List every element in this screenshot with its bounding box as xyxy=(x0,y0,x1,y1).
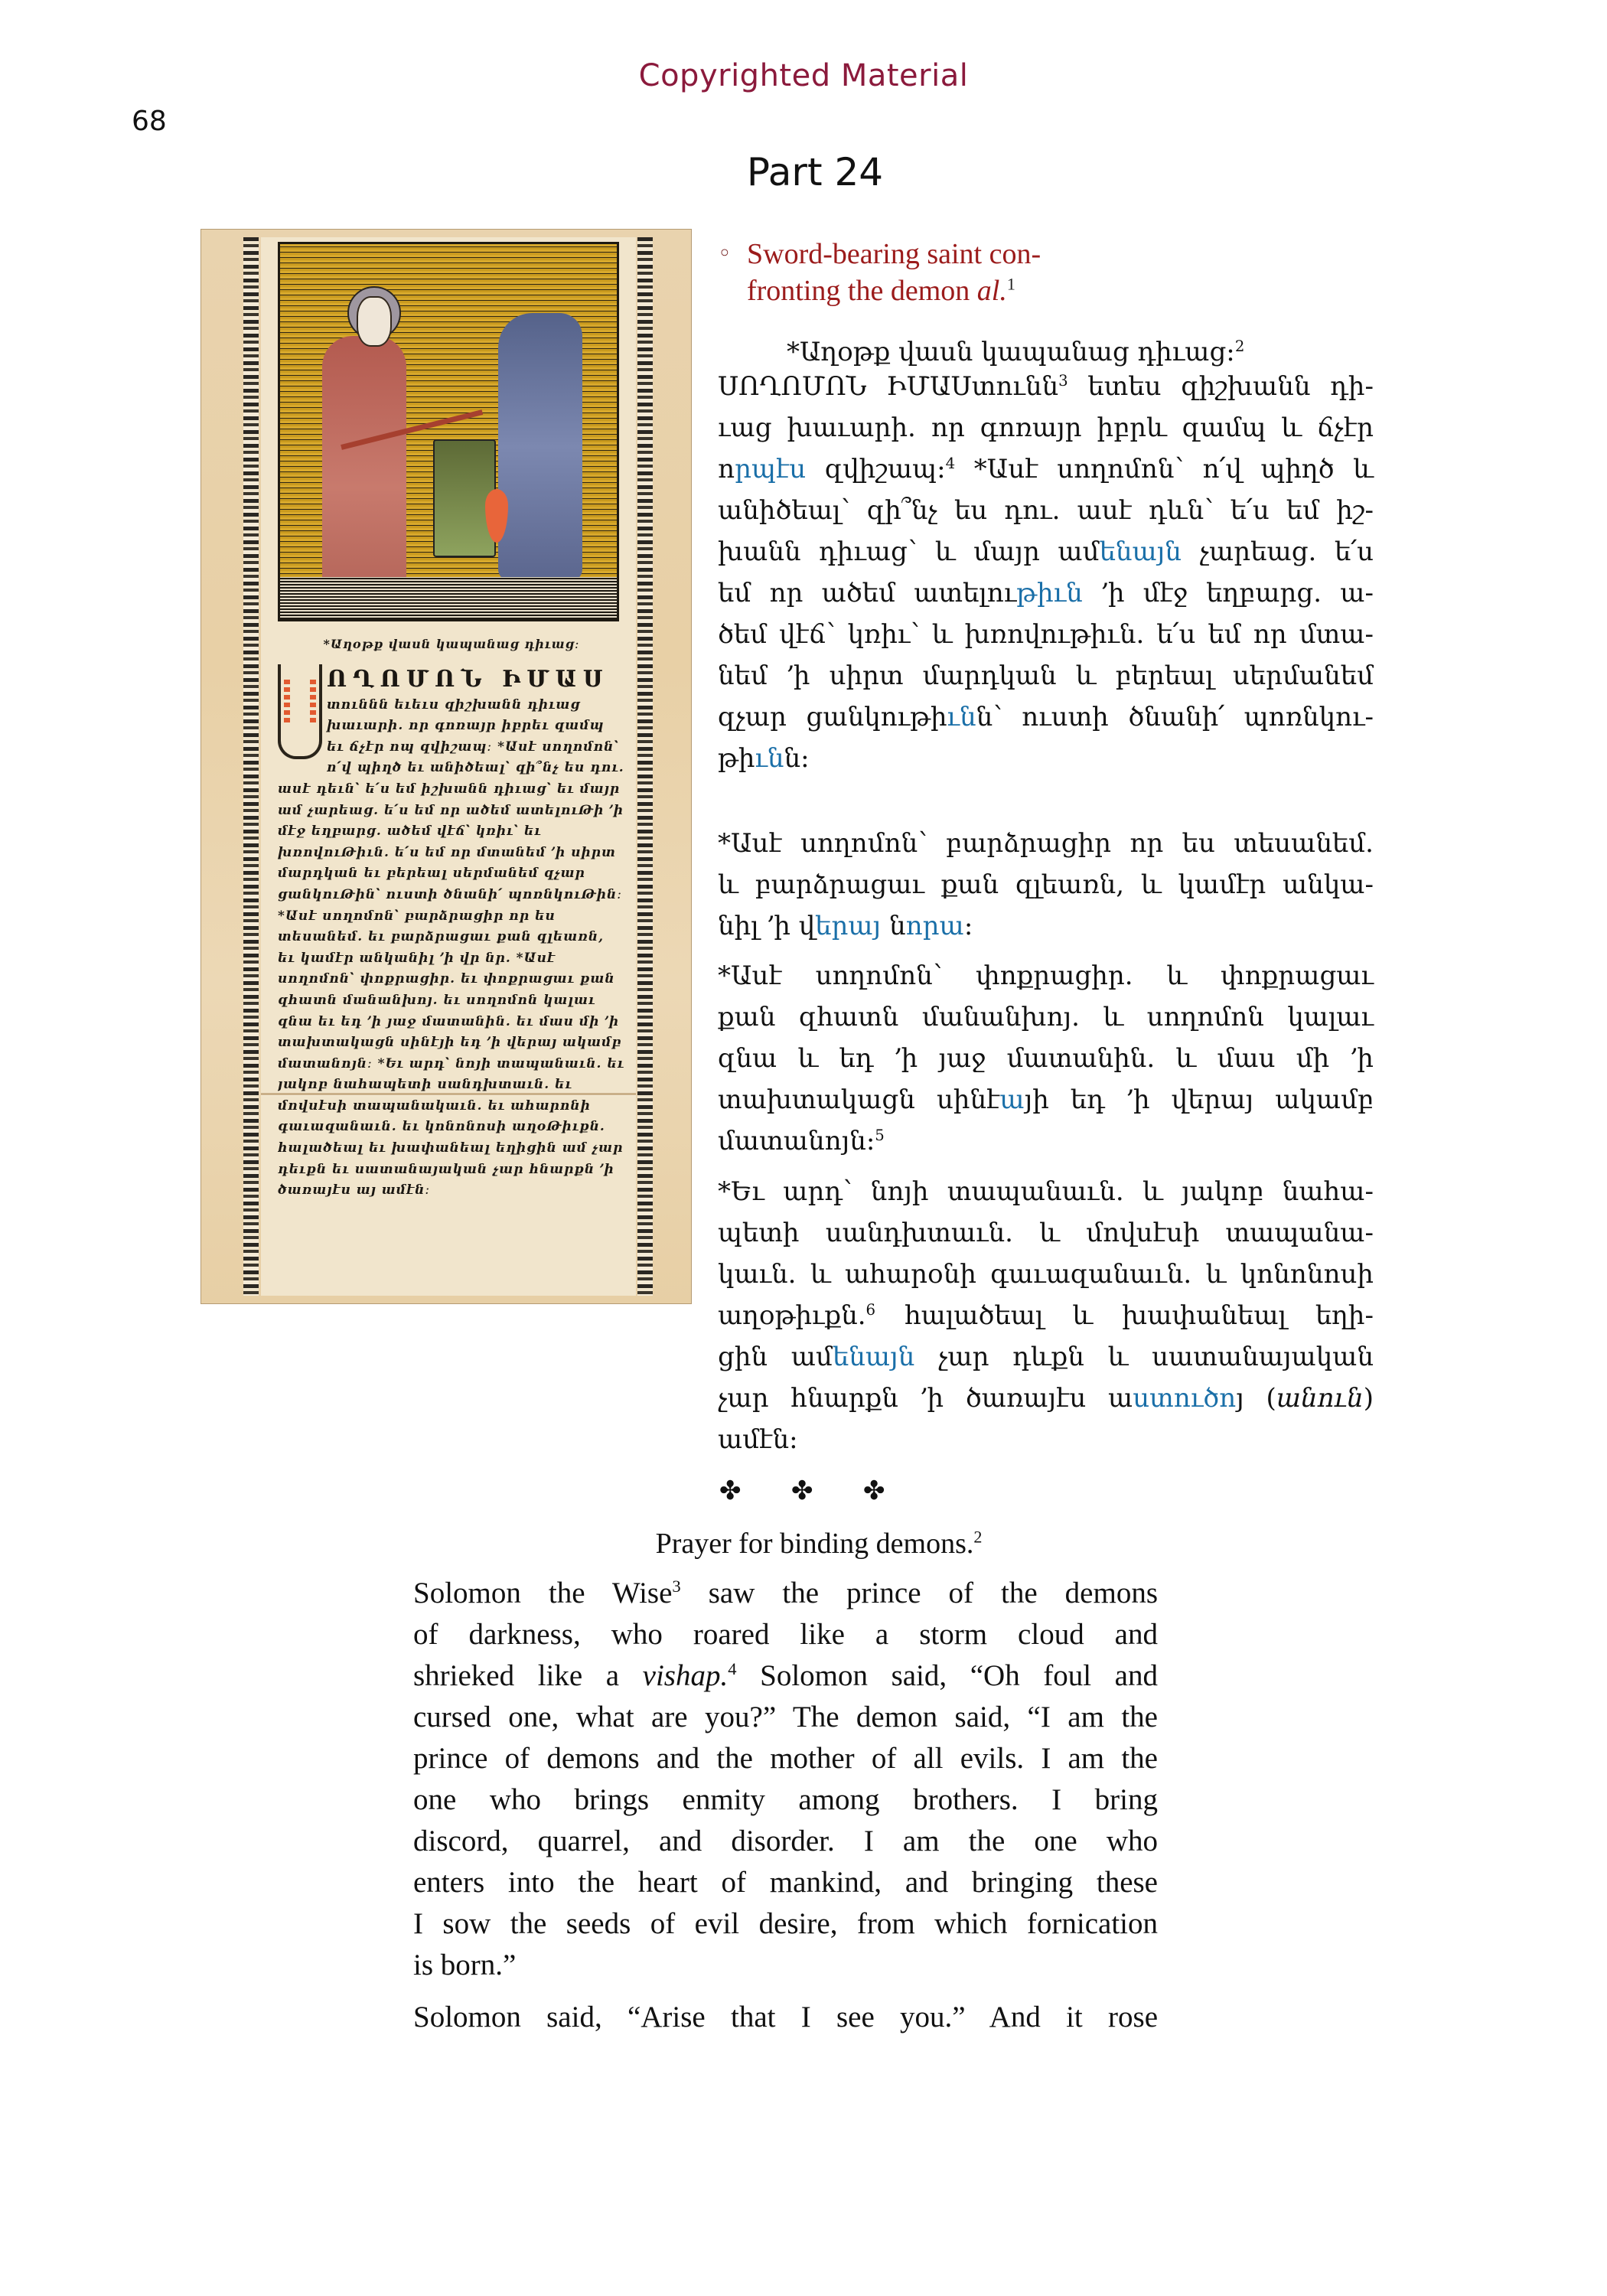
text-segment: Solomon said, “Oh foul and xyxy=(737,1659,1158,1692)
armenian-title: *Աղօթք վասն կապանաց դիւաց։2 xyxy=(787,337,1244,367)
text-segment: prince of demons and the mother of all e… xyxy=(413,1742,1158,1775)
text-segment: քան զհատն մանանխոյ. և սողոմոն կալաւ xyxy=(718,1002,1374,1032)
armenian-text-line: աղօթիւքն.6 հալածեալ և խափանեալ եղի- xyxy=(718,1295,1374,1336)
manuscript-panel: *Աղօթք վասն կապանաց դիւաց։ ՈՂՈՄՈՆ ԻՄԱՍ տ… xyxy=(261,237,636,1296)
text-segment: զվիշապ: xyxy=(806,454,945,484)
text-segment: և բարձրացաւ քան զլեառն, և կամէր անկա- xyxy=(718,869,1374,900)
text-segment: discord, quarrel, and disorder. I am the… xyxy=(413,1825,1158,1857)
text-segment: one who brings enmity among brothers. I … xyxy=(413,1783,1158,1816)
restored-abbreviation: ենայն xyxy=(1100,536,1182,567)
text-segment: ետես զիշխանն դի- xyxy=(1068,371,1374,402)
armenian-text-line: կաւն. և ահարօնի գաւազանաւն. և կոնոնոսի xyxy=(718,1254,1374,1295)
italic-term: vishap. xyxy=(643,1659,729,1692)
restored-abbreviation: ստուծո xyxy=(1133,1383,1236,1414)
decorated-initial-icon xyxy=(278,664,322,759)
caption-line-2: fronting the demon al.1 xyxy=(747,272,1177,309)
text-segment: saw the prince of the demons xyxy=(681,1577,1158,1609)
woodcut-ground xyxy=(280,577,617,619)
armenian-text-line: *Եւ արդ՝ նոյի տապանաւն. և յակոբ նահա- xyxy=(718,1171,1374,1212)
manuscript-headline: ՈՂՈՄՈՆ ԻՄԱՍ xyxy=(278,664,625,695)
english-text-line: enters into the heart of mankind, and br… xyxy=(413,1862,1158,1904)
armenian-text-line: ՍՈՂՈՄՈՆ ԻՄԱՍտունն3 ետես զիշխանն դի- xyxy=(718,366,1374,407)
ornamental-divider: ✤✤✤ xyxy=(719,1476,935,1506)
armenian-text-line: զչար ցանկութիւնն՝ ուստի ծնանի՛ պոռնկու- xyxy=(718,696,1374,738)
text-segment: ամէն: xyxy=(718,1424,798,1455)
text-segment: չար դևքն և սատանայական xyxy=(914,1342,1374,1372)
text-segment: յի եդ ՚ի վերայ ակամբ xyxy=(1025,1084,1374,1115)
text-segment: հալածեալ և խափանեալ եղի- xyxy=(875,1300,1374,1331)
text-segment: անիծեալ՝ զի՞նչ ես դու. ասէ դևն՝ ե՛ս եմ ի… xyxy=(718,495,1374,526)
armenian-text-line: նեմ ՚ի սիրտ մարդկան և բերեալ սերմանեմ xyxy=(718,655,1374,696)
copyright-notice: Copyrighted Material xyxy=(0,58,1607,93)
text-segment: enters into the heart of mankind, and br… xyxy=(413,1866,1158,1899)
text-segment: I sow the seeds of evil desire, from whi… xyxy=(413,1907,1158,1940)
text-segment: ) xyxy=(1364,1383,1374,1414)
saint-figure xyxy=(322,336,406,589)
text-segment: Solomon said, “Arise that I see you.” An… xyxy=(413,2001,1158,2033)
armenian-text-line: *Ասէ սողոմոն՝ փոքրացիր. և փոքրացաւ xyxy=(718,955,1374,996)
armenian-text-line: նիլ ՚ի վերայ նորա: xyxy=(718,905,1374,947)
part-title: Part 24 xyxy=(0,150,1607,194)
figure-caption: ◦ Sword-bearing saint con- fronting the … xyxy=(718,236,1177,309)
restored-abbreviation: թիւն xyxy=(1016,578,1083,608)
text-segment: ծեմ վէճ՝ կռիւ՝ և խռովութիւն. ե՛ս եմ որ մ… xyxy=(718,619,1374,650)
english-text-line: cursed one, what are you?” The demon sai… xyxy=(413,1697,1158,1739)
armenian-text-line: քան զհատն մանանխոյ. և սողոմոն կալաւ xyxy=(718,996,1374,1038)
manuscript-title: *Աղօթք վասն կապանաց դիւաց։ xyxy=(278,634,625,655)
english-title-text: Prayer for binding demons. xyxy=(656,1528,974,1560)
text-segment: *Ասէ սողոմոն՝ բարձրացիր որ ես տեսանեմ. xyxy=(718,828,1374,859)
armenian-text-line: չար հնարքն ՚ի ծառայէս աստուծոյ (անուն) xyxy=(718,1378,1374,1419)
text-segment: ւաց խաւարի. որ գոռայր իբրև զամպ և ճչէր xyxy=(718,413,1374,443)
caption-italic-term: al. xyxy=(977,275,1007,307)
restored-abbreviation: ւն xyxy=(947,702,976,732)
fleuron-icon: ✤ xyxy=(863,1476,935,1506)
footnote-ref[interactable]: 4 xyxy=(946,455,956,472)
footnote-ref[interactable]: 2 xyxy=(973,1527,982,1546)
english-text-line: one who brings enmity among brothers. I … xyxy=(413,1779,1158,1821)
text-segment: : xyxy=(964,911,973,941)
english-text-line: is born.” xyxy=(413,1945,1158,1987)
text-segment: shrieked like a xyxy=(413,1659,643,1692)
armenian-text-line: զնա և եդ ՚ի յաջ մատանին. և մաս մի ՚ի xyxy=(718,1038,1374,1079)
text-segment: կաւն. և ահարօնի գաւազանաւն. և կոնոնոսի xyxy=(718,1259,1374,1290)
text-segment: of darkness, who roared like a storm clo… xyxy=(413,1618,1158,1651)
armenian-text-line: ծեմ վէճ՝ կռիւ՝ և խռովութիւն. ե՛ս եմ որ մ… xyxy=(718,614,1374,655)
english-text-line: shrieked like a vishap.4 Solomon said, “… xyxy=(413,1655,1158,1698)
footnote-ref[interactable]: 2 xyxy=(1235,338,1245,355)
armenian-text-line: և բարձրացաւ քան զլեառն, և կամէր անկա- xyxy=(718,864,1374,905)
text-segment: յ ( xyxy=(1236,1383,1276,1414)
english-text-line: I sow the seeds of evil desire, from whi… xyxy=(413,1903,1158,1945)
restored-abbreviation: որա xyxy=(906,911,964,941)
footnote-ref[interactable]: 3 xyxy=(672,1577,680,1596)
text-segment: թի xyxy=(718,743,755,774)
text-segment: չարեաց. ե՛ս xyxy=(1182,536,1374,567)
footnote-ref[interactable]: 4 xyxy=(728,1659,736,1678)
armenian-text-line: խանն դիւաց՝ և մայր ամենայն չարեաց. ե՛ս xyxy=(718,531,1374,572)
footnote-ref[interactable]: 1 xyxy=(1007,274,1015,293)
text-segment: ն xyxy=(881,911,905,941)
armenian-text-line: ւաց խաւարի. որ գոռայր իբրև զամպ և ճչէր xyxy=(718,407,1374,448)
woodcut-illustration xyxy=(278,242,619,621)
text-segment: պետի սանդխտաւն. և մովսէսի տապանա- xyxy=(718,1218,1374,1248)
english-text-line: Solomon the Wise3 saw the prince of the … xyxy=(413,1573,1158,1615)
demon-figure xyxy=(498,313,582,581)
text-segment: ո xyxy=(718,454,735,484)
text-segment: ՚ի մէջ եղբարց. ա- xyxy=(1083,578,1374,608)
english-title: Prayer for binding demons.2 xyxy=(0,1527,1607,1561)
ornamental-border-left xyxy=(243,237,259,1296)
restored-abbreviation: ւն xyxy=(755,743,784,774)
saint-face xyxy=(357,296,392,347)
text-segment: ՍՈՂՈՄՈՆ ԻՄԱՍտունն xyxy=(718,371,1058,402)
armenian-text-line: տախտակացն սինէայի եդ ՚ի վերայ ակամբ xyxy=(718,1079,1374,1120)
restored-abbreviation: ենայն xyxy=(833,1342,914,1372)
text-segment: տախտակացն սինէ xyxy=(718,1084,999,1115)
armenian-text-line: եմ որ ածեմ ատելութիւն ՚ի մէջ եղբարց. ա- xyxy=(718,572,1374,614)
armenian-text-line: *Ասէ սողոմոն՝ բարձրացիր որ ես տեսանեմ. xyxy=(718,823,1374,864)
text-segment: եմ որ ածեմ ատելու xyxy=(718,578,1016,608)
restored-abbreviation: երայ xyxy=(815,911,881,941)
text-segment: cursed one, what are you?” The demon sai… xyxy=(413,1701,1158,1733)
text-segment: ցին ամ xyxy=(718,1342,833,1372)
fleuron-icon: ✤ xyxy=(791,1476,863,1506)
text-segment: *Եւ արդ՝ նոյի տապանաւն. և յակոբ նահա- xyxy=(718,1176,1374,1207)
ornamental-border-right xyxy=(637,237,653,1296)
armenian-text-line: ամէն: xyxy=(718,1419,1374,1460)
text-segment: *Ասէ սողոմոն՝ ո՛վ պիղծ և xyxy=(955,454,1374,484)
bullet-icon: ◦ xyxy=(718,236,732,272)
english-text-line: of darkness, who roared like a storm clo… xyxy=(413,1614,1158,1656)
english-text-line: Solomon said, “Arise that I see you.” An… xyxy=(413,1997,1158,2039)
caption-text: fronting the demon xyxy=(747,275,977,307)
text-segment: մատանոյն: xyxy=(718,1126,875,1156)
english-text-line: prince of demons and the mother of all e… xyxy=(413,1738,1158,1780)
armenian-text-line: պետի սանդխտաւն. և մովսէսի տապանա- xyxy=(718,1212,1374,1254)
armenian-text-line: թիւնն: xyxy=(718,738,1374,779)
text-segment: զնա և եդ ՚ի յաջ մատանին. և մաս մի ՚ի xyxy=(718,1043,1374,1074)
fleuron-icon: ✤ xyxy=(719,1476,791,1506)
text-segment: is born.” xyxy=(413,1949,516,1981)
armenian-title-text: *Աղօթք վասն կապանաց դիւաց։ xyxy=(787,337,1235,367)
text-segment: ն: xyxy=(784,743,810,774)
text-segment: խանն դիւաց՝ և մայր ամ xyxy=(718,536,1100,567)
restored-abbreviation: ա xyxy=(999,1084,1024,1115)
footnote-ref[interactable]: 6 xyxy=(866,1301,876,1319)
text-segment: նեմ ՚ի սիրտ մարդկան և բերեալ սերմանեմ xyxy=(718,660,1374,691)
manuscript-text: *Աղօթք վասն կապանաց դիւաց։ ՈՂՈՄՈՆ ԻՄԱՍ տ… xyxy=(278,634,625,1287)
text-segment: աղօթիւքն. xyxy=(718,1300,866,1331)
english-text-line: discord, quarrel, and disorder. I am the… xyxy=(413,1821,1158,1863)
text-segment: *Ասէ սողոմոն՝ փոքրացիր. և փոքրացաւ xyxy=(718,960,1374,991)
manuscript-image: *Աղօթք վասն կապանաց դիւաց։ ՈՂՈՄՈՆ ԻՄԱՍ տ… xyxy=(201,230,691,1303)
footnote-ref[interactable]: 5 xyxy=(875,1127,885,1144)
text-segment: նիլ ՚ի վ xyxy=(718,911,815,941)
armenian-text-line: անիծեալ՝ զի՞նչ ես դու. ասէ դևն՝ ե՛ս եմ ի… xyxy=(718,490,1374,531)
italic-term: անուն xyxy=(1276,1383,1364,1414)
text-segment: զչար ցանկութի xyxy=(718,702,947,732)
armenian-text-line: մատանոյն:5 xyxy=(718,1120,1374,1162)
page-number: 68 xyxy=(132,106,167,137)
manuscript-body: տուննն եւեւս զիշխանն դիւաց խաւարի. որ գո… xyxy=(278,697,624,1199)
text-segment: Solomon the Wise xyxy=(413,1577,672,1609)
text-segment: ն՝ ուստի ծնանի՛ պոռնկու- xyxy=(976,702,1374,732)
armenian-text-line: որպէս զվիշապ:4 *Ասէ սողոմոն՝ ո՛վ պիղծ և xyxy=(718,448,1374,490)
page-fold-line xyxy=(261,1093,636,1095)
text-segment: չար հնարքն ՚ի ծառայէս ա xyxy=(718,1383,1133,1414)
restored-abbreviation: րպէս xyxy=(735,454,806,484)
armenian-text-line: ցին ամենայն չար դևքն և սատանայական xyxy=(718,1336,1374,1378)
caption-line-1: Sword-bearing saint con- xyxy=(747,236,1177,272)
footnote-ref[interactable]: 3 xyxy=(1058,372,1068,390)
